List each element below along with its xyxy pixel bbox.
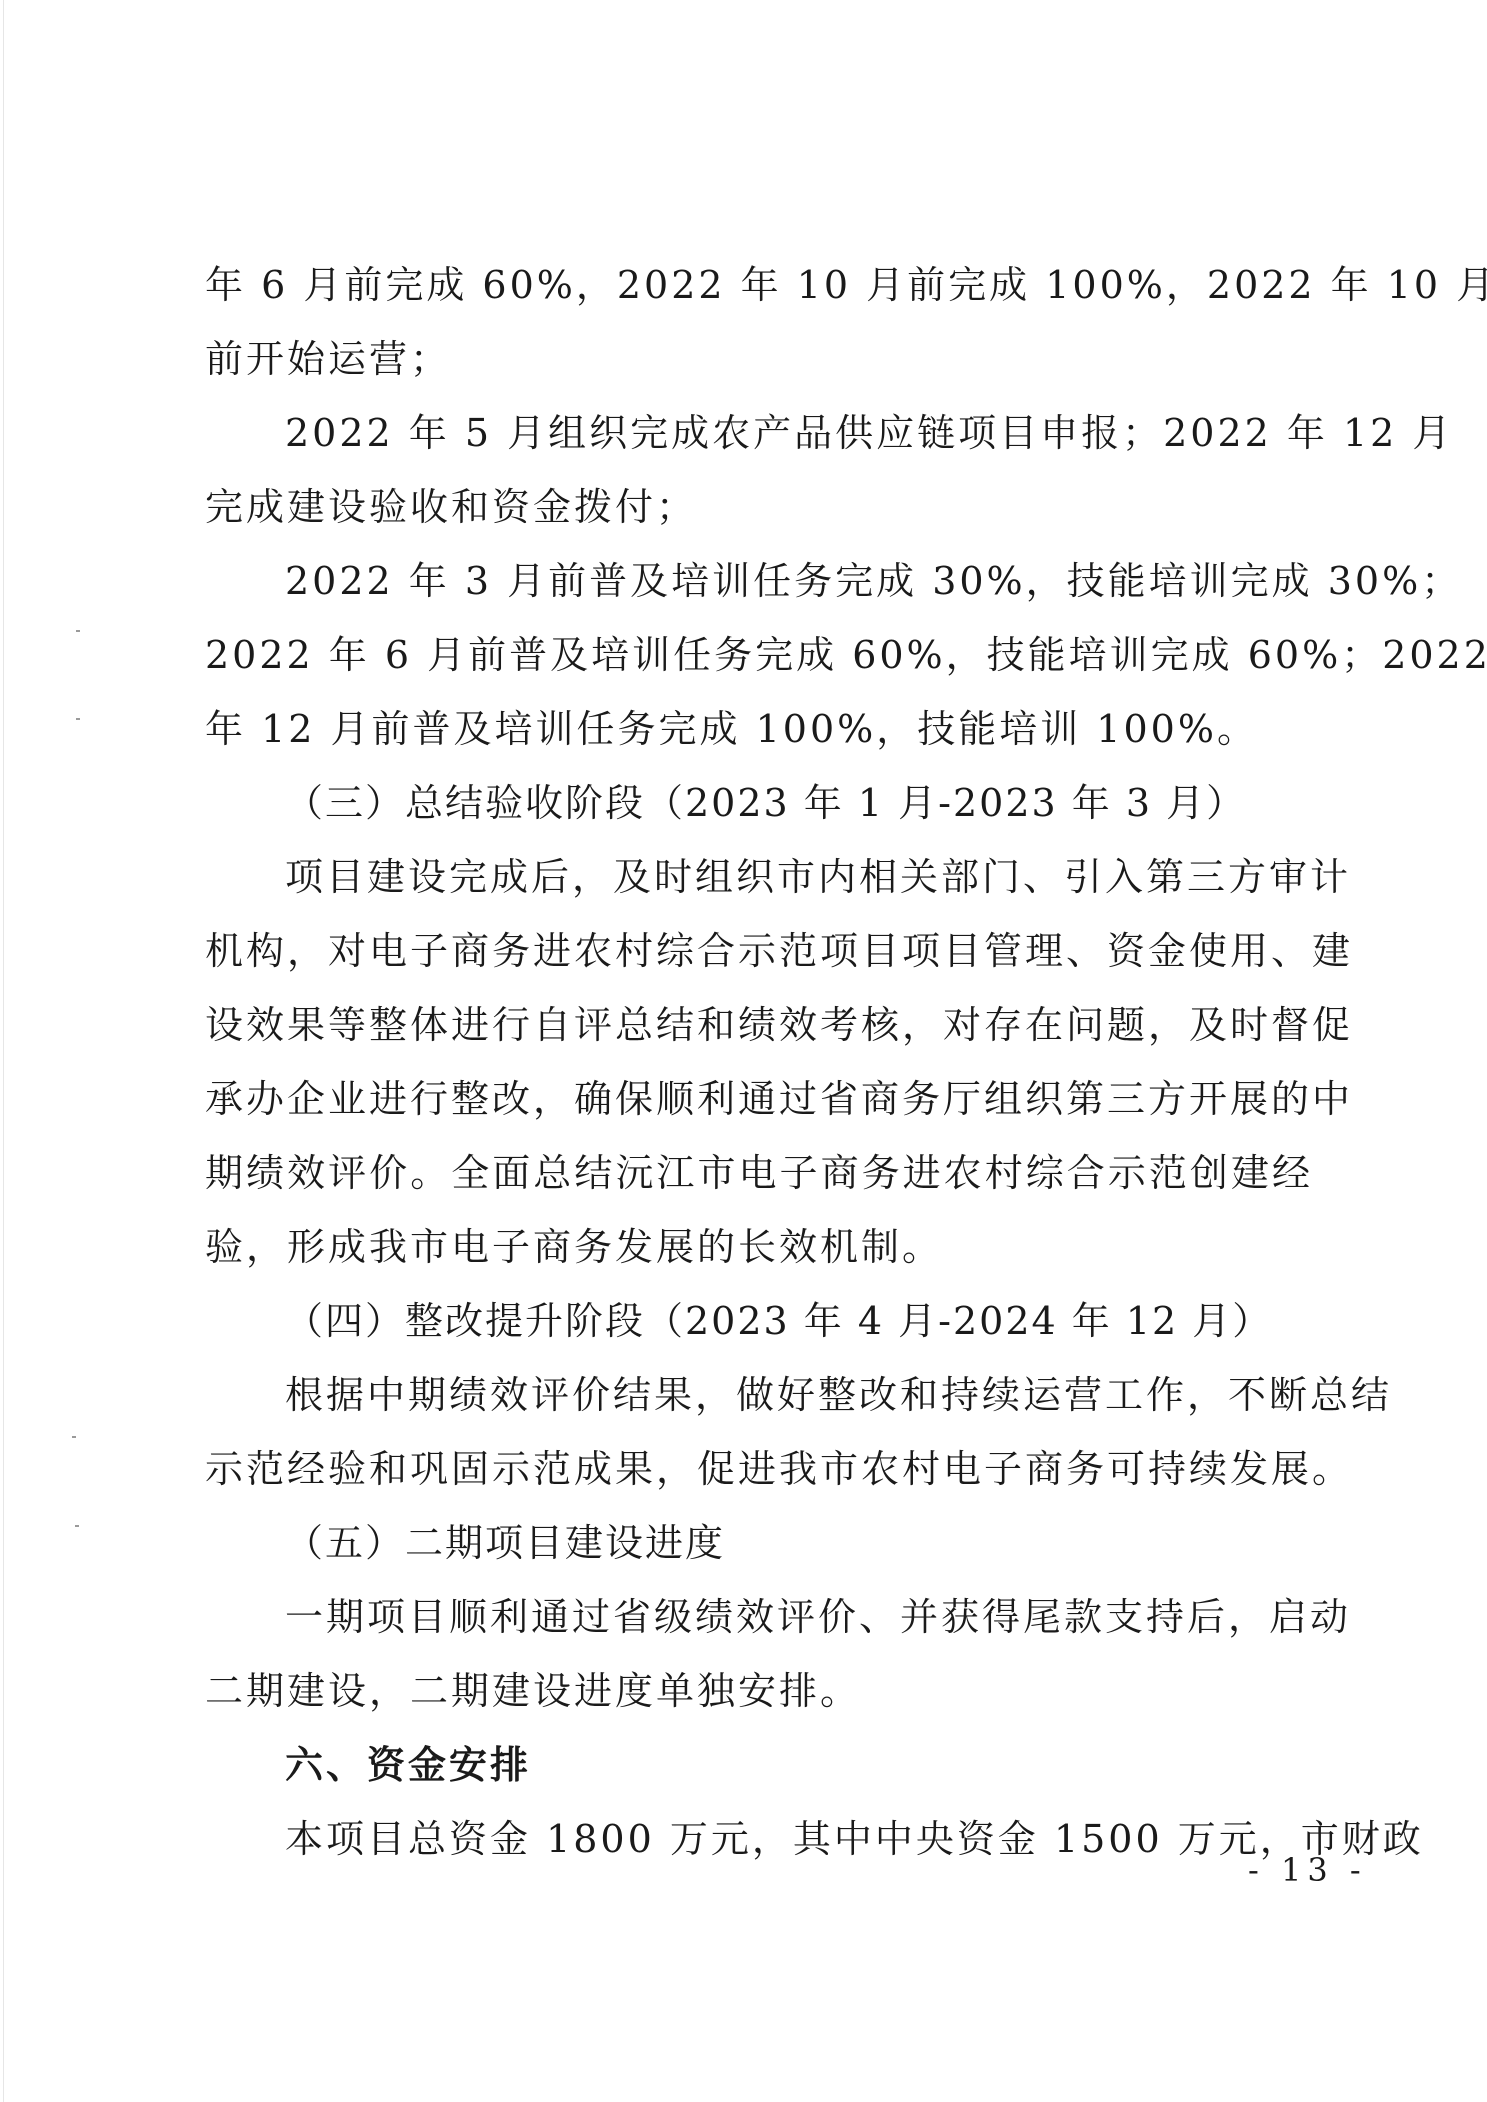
section-heading-6: 六、资金安排 — [205, 1728, 1313, 1802]
body-line: 完成建设验收和资金拨付； — [205, 470, 1313, 544]
scan-mark — [75, 1525, 79, 1527]
body-line: 机构，对电子商务进农村综合示范项目项目管理、资金使用、建 — [205, 914, 1313, 988]
section-subheading-3: （三）总结验收阶段（2023 年 1 月-2023 年 3 月） — [205, 766, 1313, 840]
body-line: 年 6 月前完成 60%，2022 年 10 月前完成 100%，2022 年 … — [205, 248, 1313, 322]
body-line: 期绩效评价。全面总结沅江市电子商务进农村综合示范创建经 — [205, 1136, 1313, 1210]
body-line: 二期建设，二期建设进度单独安排。 — [205, 1654, 1313, 1728]
body-line: 本项目总资金 1800 万元，其中中央资金 1500 万元，市财政 — [205, 1802, 1313, 1876]
body-line: 设效果等整体进行自评总结和绩效考核，对存在问题，及时督促 — [205, 988, 1313, 1062]
body-line: 根据中期绩效评价结果，做好整改和持续运营工作，不断总结 — [205, 1358, 1313, 1432]
scan-mark — [72, 1436, 76, 1438]
body-line: 年 12 月前普及培训任务完成 100%，技能培训 100%。 — [205, 692, 1313, 766]
body-line: 承办企业进行整改，确保顺利通过省商务厅组织第三方开展的中 — [205, 1062, 1313, 1136]
page-number: - 13 - — [1248, 1850, 1367, 1890]
body-line: 项目建设完成后，及时组织市内相关部门、引入第三方审计 — [205, 840, 1313, 914]
body-line: 2022 年 5 月组织完成农产品供应链项目申报；2022 年 12 月 — [205, 396, 1313, 470]
scan-mark — [76, 718, 80, 720]
section-subheading-5: （五）二期项目建设进度 — [205, 1506, 1313, 1580]
scan-edge — [3, 0, 4, 2102]
body-line: 2022 年 6 月前普及培训任务完成 60%，技能培训完成 60%；2022 — [205, 618, 1313, 692]
document-page: 年 6 月前完成 60%，2022 年 10 月前完成 100%，2022 年 … — [0, 0, 1487, 2102]
document-body: 年 6 月前完成 60%，2022 年 10 月前完成 100%，2022 年 … — [205, 248, 1313, 1876]
scan-mark — [76, 630, 80, 632]
body-line: 示范经验和巩固示范成果，促进我市农村电子商务可持续发展。 — [205, 1432, 1313, 1506]
body-line: 前开始运营； — [205, 322, 1313, 396]
body-line: 验，形成我市电子商务发展的长效机制。 — [205, 1210, 1313, 1284]
body-line: 一期项目顺利通过省级绩效评价、并获得尾款支持后，启动 — [205, 1580, 1313, 1654]
section-subheading-4: （四）整改提升阶段（2023 年 4 月-2024 年 12 月） — [205, 1284, 1313, 1358]
body-line: 2022 年 3 月前普及培训任务完成 30%，技能培训完成 30%； — [205, 544, 1313, 618]
